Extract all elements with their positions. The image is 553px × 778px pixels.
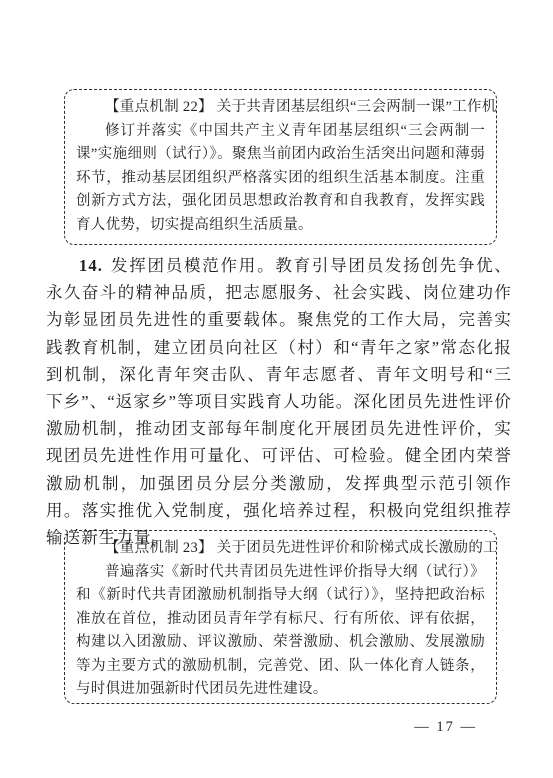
paragraph-14-number: 14. bbox=[79, 256, 103, 275]
paragraph-14: 14.发挥团员模范作用。教育引导团员发扬创先争优、永久奋斗的精神品质，把志愿服务… bbox=[46, 252, 512, 551]
mechanism-box-23: 【重点机制 23】 关于团员先进性评价和阶梯式成长激励的工作机制 普遍落实《新时… bbox=[64, 530, 497, 704]
mechanism-box-22-title: 【重点机制 22】 关于共青团基层组织“三会两制一课”工作机制 bbox=[76, 96, 485, 120]
paragraph-14-text: 发挥团员模范作用。教育引导团员发扬创先争优、永久奋斗的精神品质，把志愿服务、社会… bbox=[46, 256, 512, 547]
page-number: — 17 — bbox=[414, 719, 477, 736]
document-page: 【重点机制 22】 关于共青团基层组织“三会两制一课”工作机制 修订并落实《中国… bbox=[0, 0, 553, 778]
mechanism-box-23-body: 普遍落实《新时代共青团员先进性评价指导大纲（试行）》和《新时代共青团激励机制指导… bbox=[76, 561, 485, 702]
mechanism-box-22-body: 修订并落实《中国共产主义青年团基层组织“三会两制一课”实施细则（试行）》。聚焦当… bbox=[76, 120, 485, 238]
mechanism-box-23-title: 【重点机制 23】 关于团员先进性评价和阶梯式成长激励的工作机制 bbox=[76, 537, 485, 561]
mechanism-box-22: 【重点机制 22】 关于共青团基层组织“三会两制一课”工作机制 修订并落实《中国… bbox=[64, 89, 497, 245]
